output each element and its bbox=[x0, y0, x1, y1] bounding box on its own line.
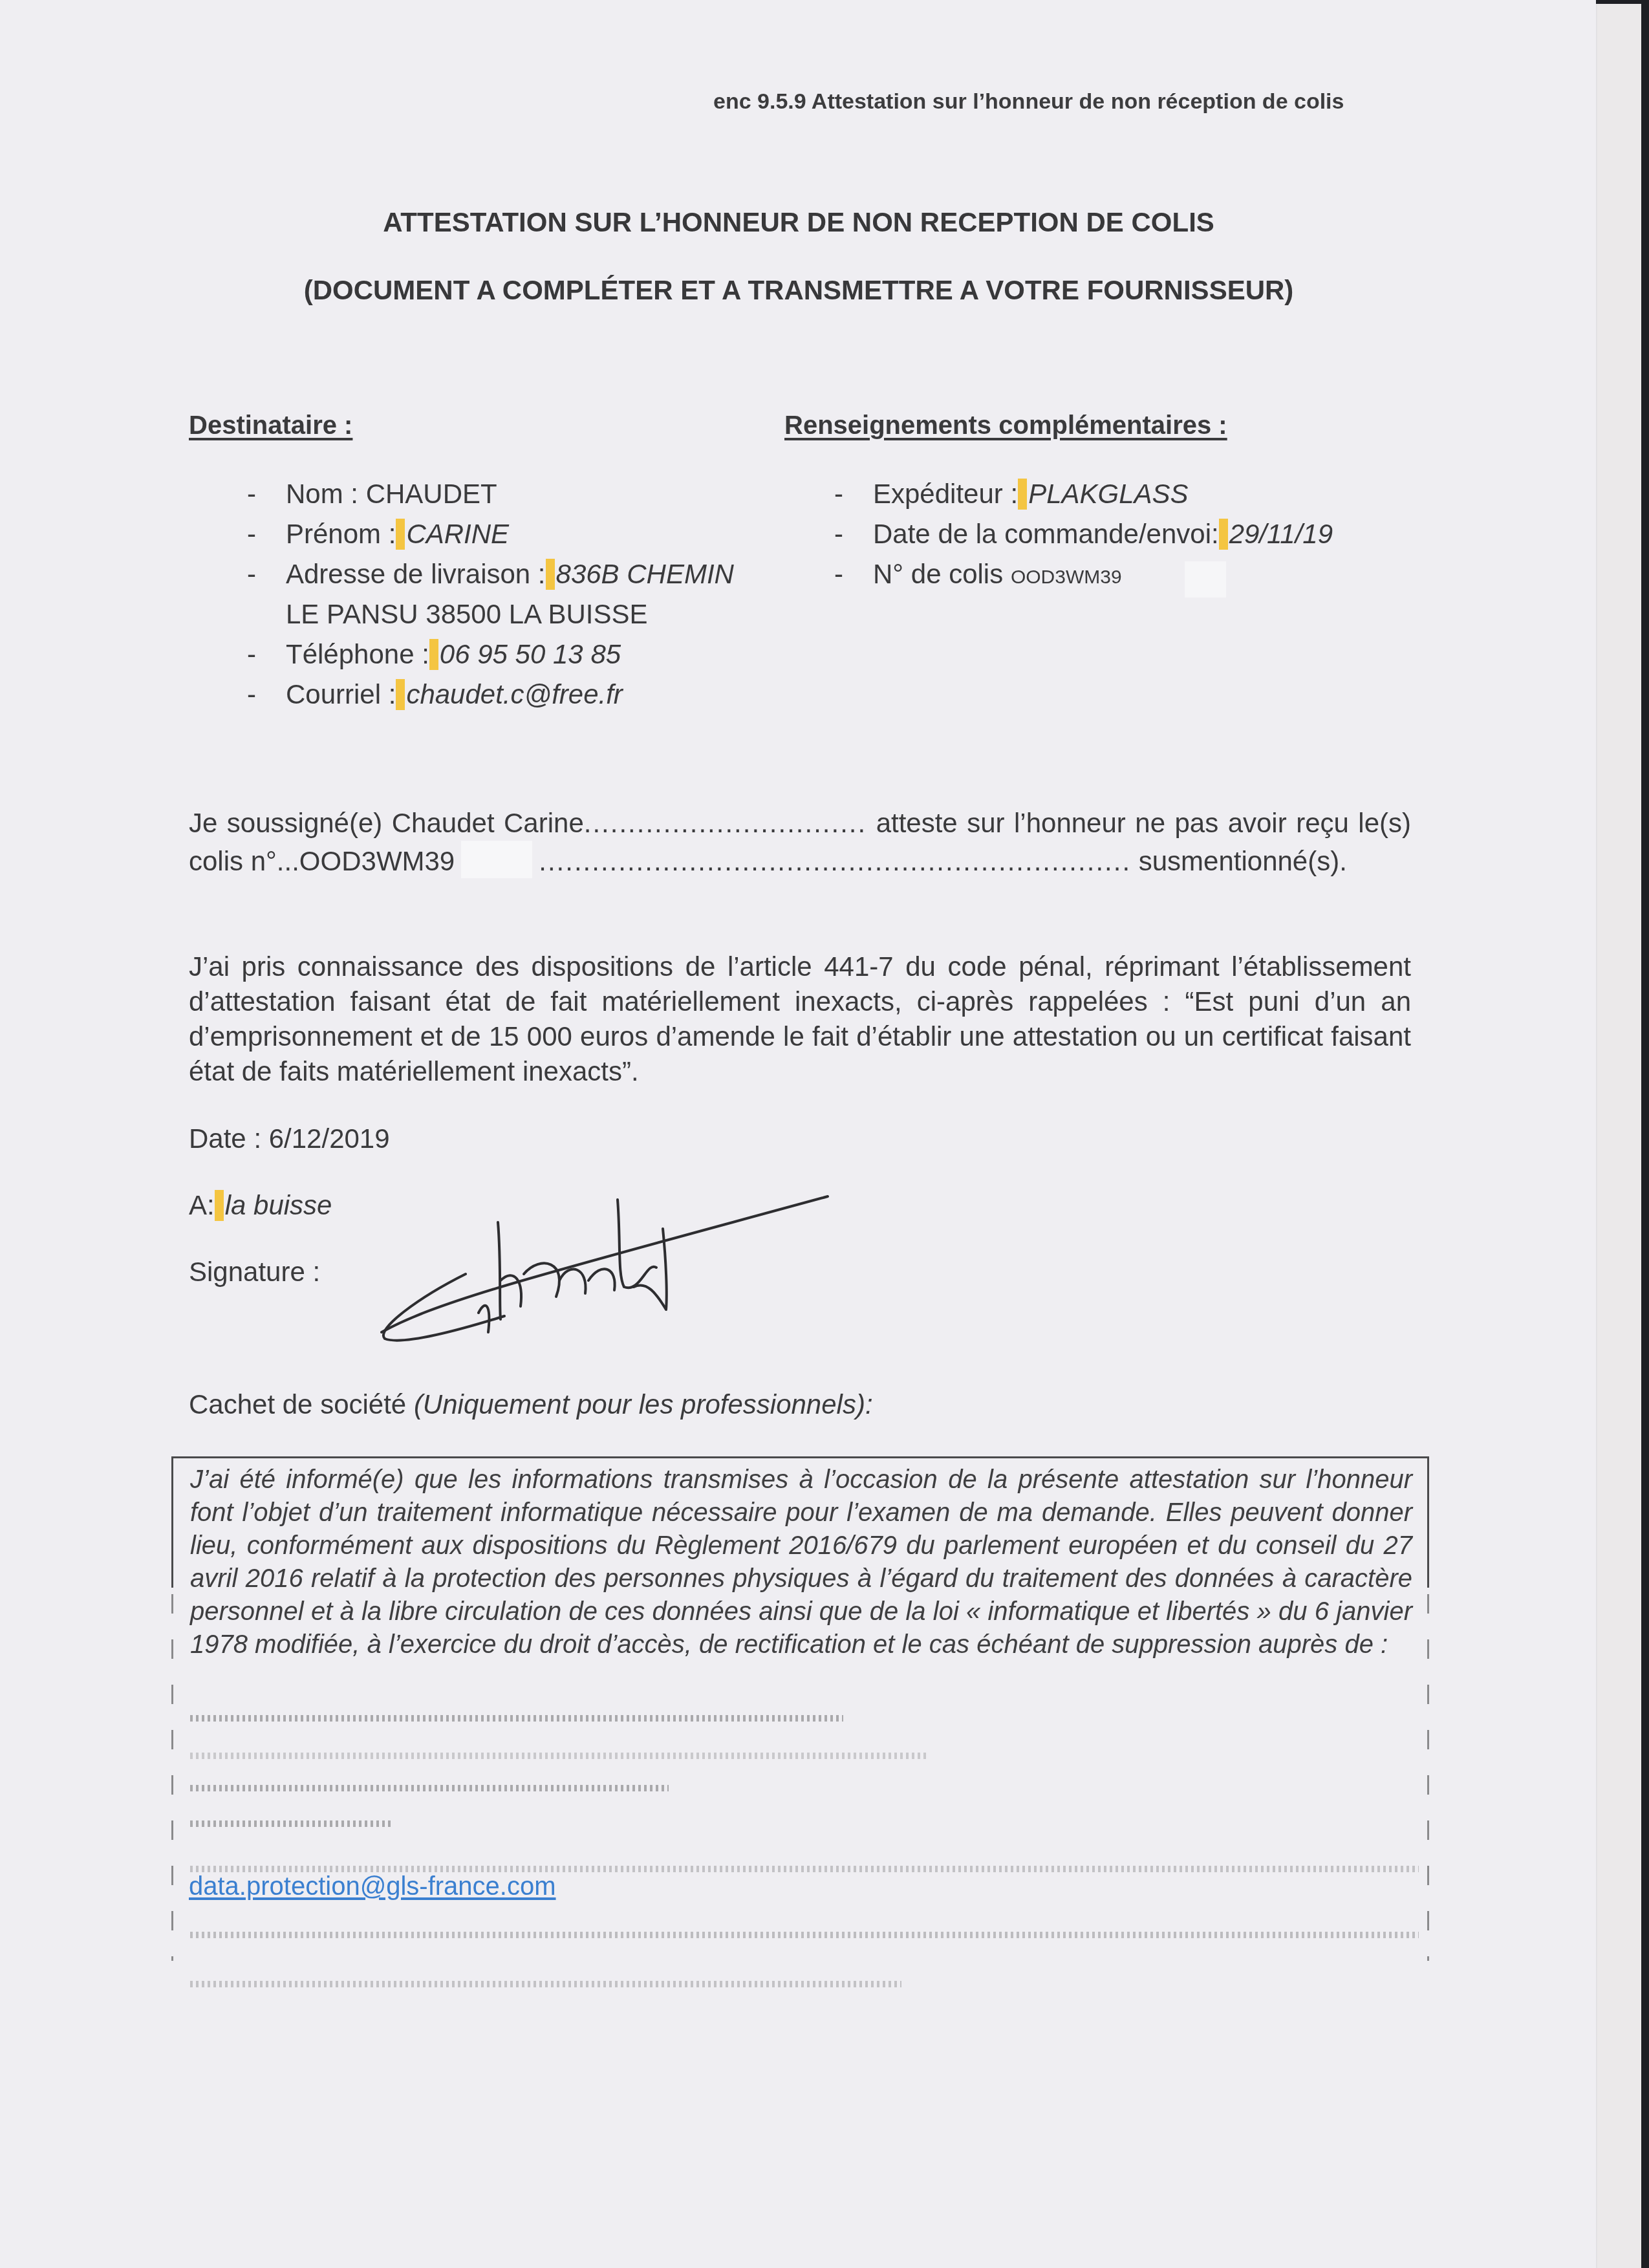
document-title: ATTESTATION SUR L’HONNEUR DE NON RECEPTI… bbox=[0, 207, 1597, 238]
highlight-mark bbox=[396, 519, 405, 550]
courriel-value[interactable]: chaudet.c@free.fr bbox=[406, 679, 622, 709]
highlight-mark bbox=[429, 639, 438, 670]
date-commande-field: -Date de la commande/envoi:29/11/19 bbox=[776, 514, 1333, 554]
highlight-mark bbox=[1018, 479, 1027, 510]
data-protection-email-link[interactable]: data.protection@gls-france.com bbox=[189, 1872, 556, 1901]
faded-print-line bbox=[190, 1820, 391, 1827]
handwritten-signature bbox=[362, 1183, 854, 1377]
nom-field: -Nom : CHAUDET bbox=[189, 474, 734, 514]
highlight-mark bbox=[546, 559, 555, 590]
faded-print-line bbox=[190, 1715, 843, 1722]
cachet-line: Cachet de société (Uniquement pour les p… bbox=[189, 1389, 873, 1420]
expediteur-value[interactable]: PLAKGLASS bbox=[1028, 479, 1188, 509]
place-line: A:la buisse bbox=[189, 1190, 332, 1221]
box-border-faded bbox=[171, 1588, 173, 1961]
nom-value: CHAUDET bbox=[366, 479, 497, 509]
date-line: Date : 6/12/2019 bbox=[189, 1123, 390, 1154]
prenom-value[interactable]: CARINE bbox=[406, 519, 509, 549]
date-commande-value[interactable]: 29/11/19 bbox=[1229, 519, 1333, 549]
destinataire-heading: Destinataire : bbox=[189, 411, 352, 440]
faded-print-line bbox=[190, 1932, 1419, 1938]
document-reference: enc 9.5.9 Attestation sur l’honneur de n… bbox=[713, 89, 1344, 114]
courriel-field: -Courriel :chaudet.c@free.fr bbox=[189, 675, 734, 715]
signature-label: Signature : bbox=[189, 1257, 320, 1288]
renseignements-list: -Expéditeur :PLAKGLASS -Date de la comma… bbox=[776, 474, 1333, 598]
colis-field: -N° de colis OOD3WM39 bbox=[776, 554, 1333, 598]
renseignements-heading: Renseignements complémentaires : bbox=[784, 411, 1227, 440]
scan-edge bbox=[1641, 0, 1649, 2268]
faded-print-line bbox=[190, 1981, 901, 1987]
expediteur-field: -Expéditeur :PLAKGLASS bbox=[776, 474, 1333, 514]
document-subtitle: (DOCUMENT A COMPLÉTER ET A TRANSMETTRE A… bbox=[0, 275, 1597, 306]
adresse-value[interactable]: 836B CHEMIN bbox=[556, 559, 734, 589]
highlight-mark bbox=[396, 679, 405, 710]
faded-print-line bbox=[190, 1866, 1419, 1872]
telephone-value[interactable]: 06 95 50 13 85 bbox=[440, 639, 621, 669]
declaration-paragraph: Je soussigné(e) Chaudet Carine..........… bbox=[189, 806, 1411, 879]
destinataire-list: -Nom : CHAUDET -Prénom :CARINE -Adresse … bbox=[189, 474, 734, 715]
telephone-field: -Téléphone :06 95 50 13 85 bbox=[189, 634, 734, 675]
faded-print-line bbox=[190, 1785, 669, 1791]
adresse-field: -Adresse de livraison :836B CHEMIN bbox=[189, 554, 734, 594]
highlight-mark bbox=[1219, 519, 1228, 550]
correction-patch bbox=[461, 841, 532, 878]
faded-print-line bbox=[190, 1753, 927, 1759]
adresse-line2: LE PANSU 38500 LA BUISSE bbox=[189, 594, 734, 634]
prenom-field: -Prénom :CARINE bbox=[189, 514, 734, 554]
colis-value[interactable]: OOD3WM39 bbox=[1011, 567, 1122, 588]
legal-paragraph: J’ai pris connaissance des dispositions … bbox=[189, 949, 1411, 1089]
box-border-faded bbox=[1427, 1588, 1429, 1961]
place-value[interactable]: la buisse bbox=[225, 1190, 332, 1220]
highlight-mark bbox=[215, 1190, 224, 1221]
correction-patch bbox=[1185, 561, 1226, 598]
data-protection-text: J’ai été informé(e) que les informations… bbox=[190, 1463, 1412, 1661]
scan-margin bbox=[1596, 0, 1643, 2268]
